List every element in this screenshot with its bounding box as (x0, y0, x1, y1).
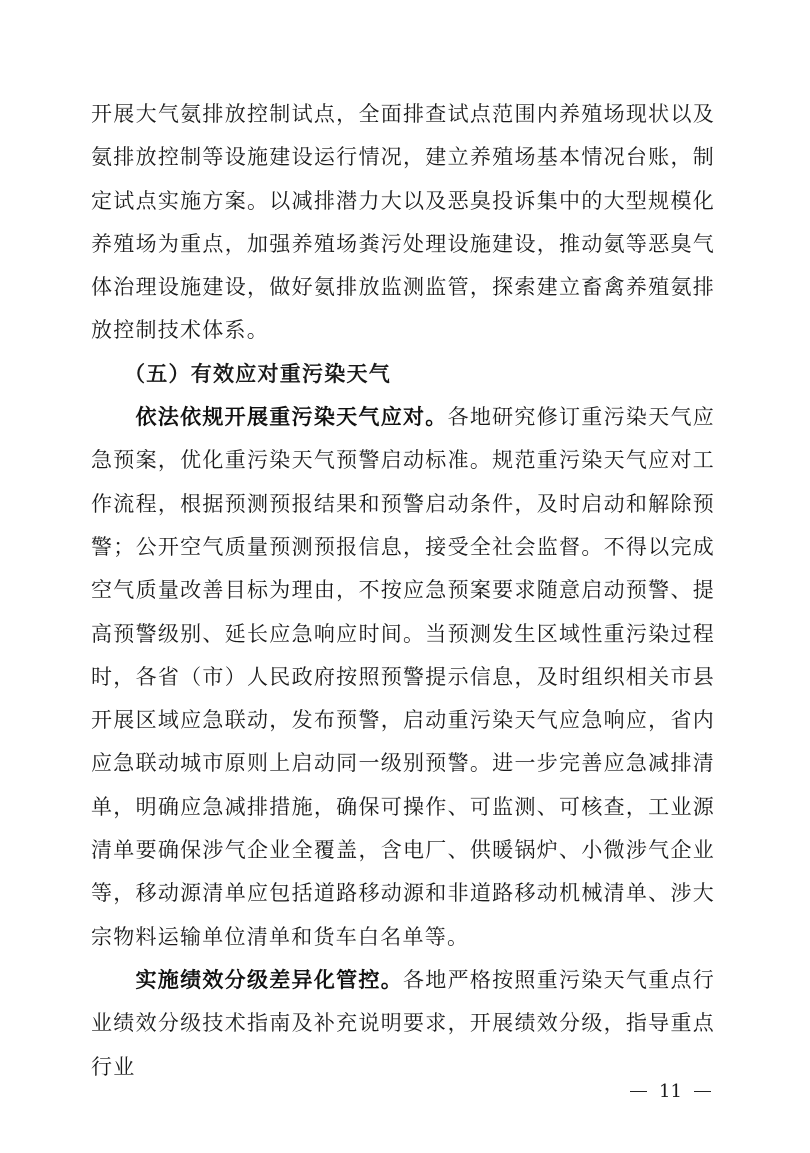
paragraph-emergency-response: 依法依规开展重污染天气应对。各地研究修订重污染天气应急预案，优化重污染天气预警启… (91, 396, 715, 959)
dash-left-icon (630, 1091, 647, 1093)
paragraph-lead-title: 实施绩效分级差异化管控。 (136, 968, 403, 992)
continuation-paragraph: 开展大气氨排放控制试点，全面排查试点范围内养殖场现状以及氨排放控制等设施建设运行… (91, 93, 715, 353)
page-footer: 11 (630, 1081, 711, 1102)
page-number: 11 (659, 1081, 682, 1102)
paragraph-performance-grading: 实施绩效分级差异化管控。各地严格按照重污染天气重点行业绩效分级技术指南及补充说明… (91, 959, 715, 1089)
dash-right-icon (694, 1091, 711, 1093)
paragraph-lead-title: 依法依规开展重污染天气应对。 (136, 405, 448, 429)
paragraph-body: 各地研究修订重污染天气应急预案，优化重污染天气预警启动标准。规范重污染天气应对工… (91, 405, 715, 949)
section-heading: （五）有效应对重污染天气 (91, 353, 715, 396)
document-page: 开展大气氨排放控制试点，全面排查试点范围内养殖场现状以及氨排放控制等设施建设运行… (91, 93, 715, 1089)
